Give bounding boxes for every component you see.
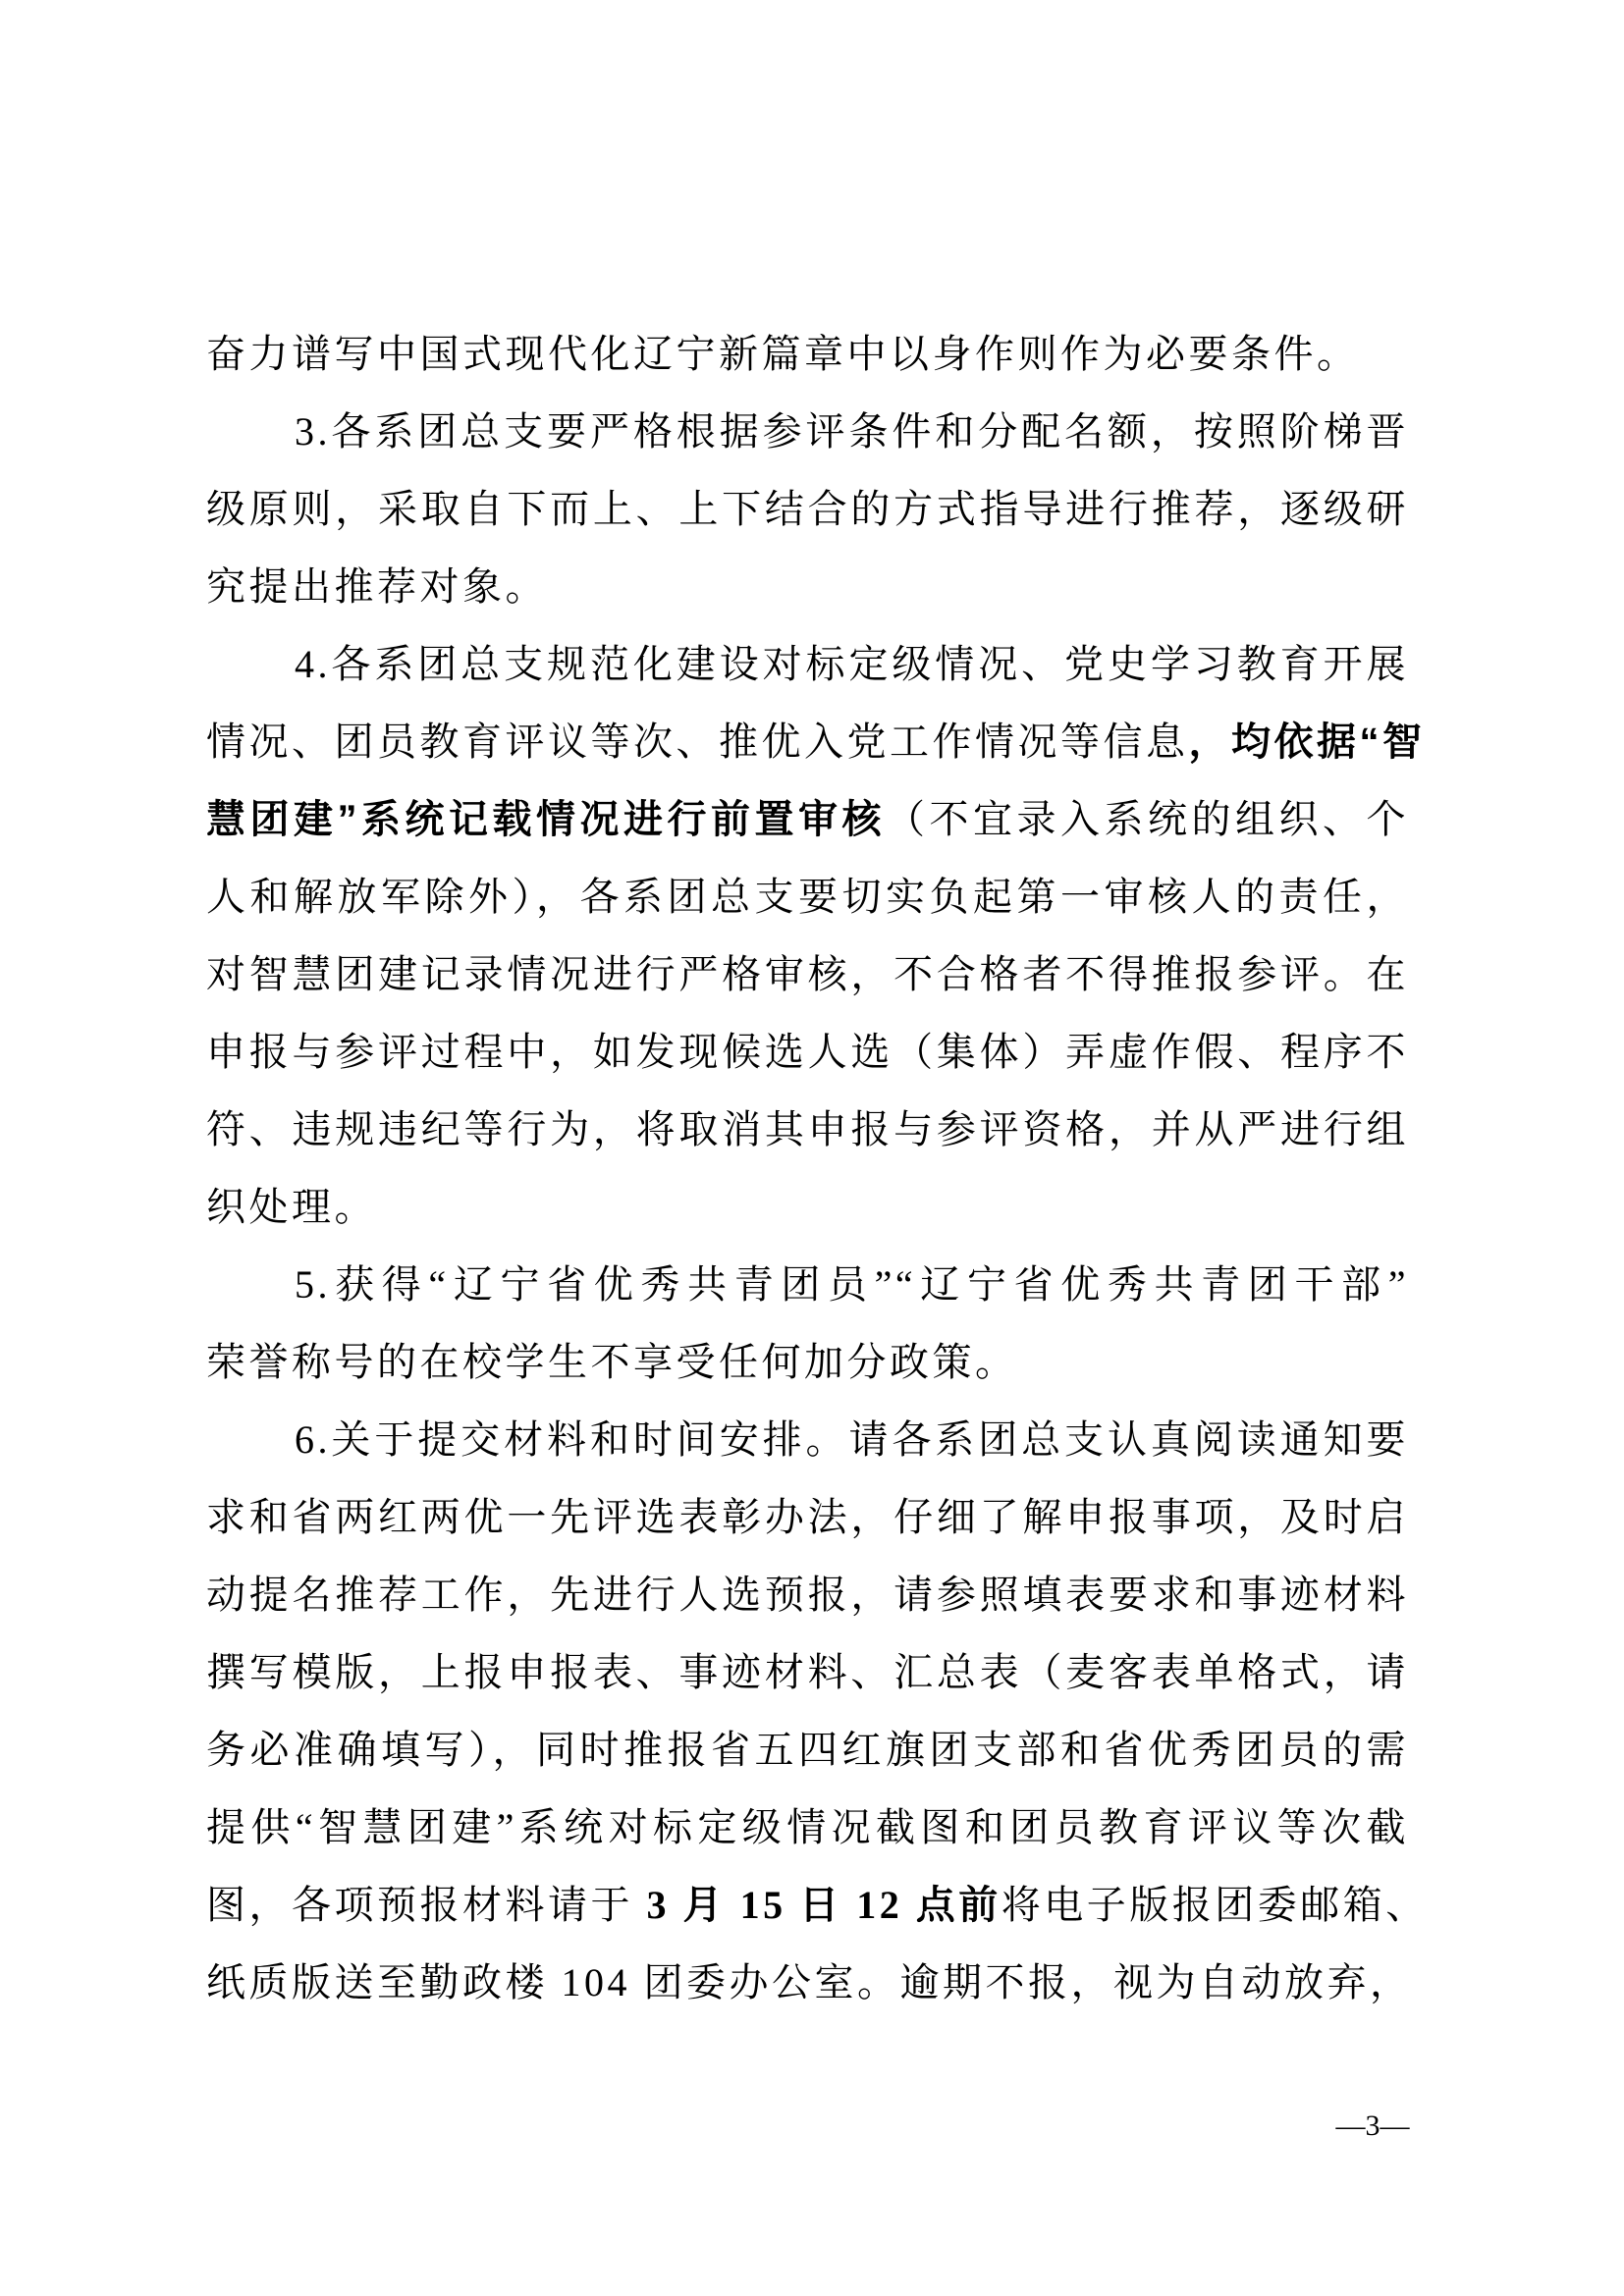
text-run: 将电子版报团委邮箱、 xyxy=(1001,1883,1429,1927)
text-line: 动提名推荐工作，先进行人选预报，请参照填表要求和事迹材料 xyxy=(206,1556,1409,1633)
text-line: 5.获得“辽宁省优秀共青团员”“辽宁省优秀共青团干部” xyxy=(206,1246,1409,1323)
text-run-bold-cjk: 点前 xyxy=(916,1884,1001,1927)
text-run: 织处理。 xyxy=(206,1185,377,1229)
page-number: —3— xyxy=(1327,2110,1418,2142)
document-page: 奋力谱写中国式现代化辽宁新篇章中以身作则作为必要条件。3.各系团总支要严格根据参… xyxy=(0,0,1624,2296)
text-run: 荣誉称号的在校学生不享受任何加分政策。 xyxy=(206,1340,1018,1384)
text-run: 图，各项预报材料请于 xyxy=(206,1883,647,1927)
text-run: 4.各系团总支规范化建设对标定级情况、党史学习教育开展 xyxy=(295,642,1409,686)
text-run: 6.关于提交材料和时间安排。请各系团总支认真阅读通知要 xyxy=(295,1417,1409,1462)
text-run: 求和省两红两优一先评选表彰办法，仔细了解申报事项，及时启 xyxy=(206,1495,1409,1539)
text-line: 图，各项预报材料请于 3 月 15 日 12 点前将电子版报团委邮箱、 xyxy=(206,1866,1409,1944)
text-line: 级原则，采取自下而上、上下结合的方式指导进行推荐，逐级研 xyxy=(206,470,1409,548)
text-run-bold-num: 12 xyxy=(856,1883,916,1927)
text-run: 务必准确填写），同时推报省五四红旗团支部和省优秀团员的需 xyxy=(206,1728,1409,1772)
text-run: 撰写模版，上报申报表、事迹材料、汇总表（麦客表单格式，请 xyxy=(206,1650,1409,1694)
text-run: 申报与参评过程中，如发现候选人选（集体）弄虚作假、程序不 xyxy=(206,1030,1409,1074)
text-run-bold-cjk: 月 xyxy=(683,1884,740,1927)
text-line: 究提出推荐对象。 xyxy=(206,548,1409,625)
text-run-bold-cjk: ，均依据“智 xyxy=(1189,721,1426,764)
text-line: 申报与参评过程中，如发现候选人选（集体）弄虚作假、程序不 xyxy=(206,1013,1409,1091)
text-run: 究提出推荐对象。 xyxy=(206,564,548,609)
text-line: 4.各系团总支规范化建设对标定级情况、党史学习教育开展 xyxy=(206,625,1409,703)
text-line: 撰写模版，上报申报表、事迹材料、汇总表（麦客表单格式，请 xyxy=(206,1633,1409,1711)
text-run: 提供“智慧团建”系统对标定级情况截图和团员教育评议等次截 xyxy=(206,1805,1409,1849)
text-line: 务必准确填写），同时推报省五四红旗团支部和省优秀团员的需 xyxy=(206,1711,1409,1789)
text-run-bold-cjk: 慧团建”系统记载情况进行前置审核 xyxy=(206,798,886,841)
text-run: 对智慧团建记录情况进行严格审核，不合格者不得推报参评。在 xyxy=(206,952,1409,996)
text-run-bold-cjk: 日 xyxy=(799,1884,856,1927)
text-run: 人和解放军除外），各系团总支要切实负起第一审核人的责任， xyxy=(206,875,1409,919)
text-line: 织处理。 xyxy=(206,1168,1409,1246)
document-body: 奋力谱写中国式现代化辽宁新篇章中以身作则作为必要条件。3.各系团总支要严格根据参… xyxy=(206,315,1409,2021)
text-line: 3.各系团总支要严格根据参评条件和分配名额，按照阶梯晋 xyxy=(206,393,1409,470)
text-line: 符、违规违纪等行为，将取消其申报与参评资格，并从严进行组 xyxy=(206,1091,1409,1168)
text-line: 纸质版送至勤政楼 104 团委办公室。逾期不报，视为自动放弃， xyxy=(206,1944,1409,2021)
text-run: （不宜录入系统的组织、个 xyxy=(886,797,1409,841)
text-run: 奋力谱写中国式现代化辽宁新篇章中以身作则作为必要条件。 xyxy=(206,332,1360,376)
text-run: 级原则，采取自下而上、上下结合的方式指导进行推荐，逐级研 xyxy=(206,487,1409,531)
text-line: 情况、团员教育评议等次、推优入党工作情况等信息，均依据“智 xyxy=(206,703,1409,780)
text-line: 提供“智慧团建”系统对标定级情况截图和团员教育评议等次截 xyxy=(206,1789,1409,1866)
text-line: 奋力谱写中国式现代化辽宁新篇章中以身作则作为必要条件。 xyxy=(206,315,1409,393)
text-line: 慧团建”系统记载情况进行前置审核（不宜录入系统的组织、个 xyxy=(206,780,1409,858)
text-line: 求和省两红两优一先评选表彰办法，仔细了解申报事项，及时启 xyxy=(206,1478,1409,1556)
text-run: 动提名推荐工作，先进行人选预报，请参照填表要求和事迹材料 xyxy=(206,1573,1409,1617)
text-run-bold-num: 15 xyxy=(740,1883,800,1927)
text-line: 荣誉称号的在校学生不享受任何加分政策。 xyxy=(206,1323,1409,1401)
text-run: 5.获得“辽宁省优秀共青团员”“辽宁省优秀共青团干部” xyxy=(295,1262,1409,1307)
text-line: 人和解放军除外），各系团总支要切实负起第一审核人的责任， xyxy=(206,858,1409,935)
text-run: 符、违规违纪等行为，将取消其申报与参评资格，并从严进行组 xyxy=(206,1107,1409,1151)
text-line: 6.关于提交材料和时间安排。请各系团总支认真阅读通知要 xyxy=(206,1401,1409,1478)
text-run: 情况、团员教育评议等次、推优入党工作情况等信息 xyxy=(206,720,1189,764)
text-run: 纸质版送至勤政楼 104 团委办公室。逾期不报，视为自动放弃， xyxy=(206,1960,1413,2004)
text-run-bold-num: 3 xyxy=(647,1883,683,1927)
text-line: 对智慧团建记录情况进行严格审核，不合格者不得推报参评。在 xyxy=(206,935,1409,1013)
text-run: 3.各系团总支要严格根据参评条件和分配名额，按照阶梯晋 xyxy=(295,409,1409,454)
